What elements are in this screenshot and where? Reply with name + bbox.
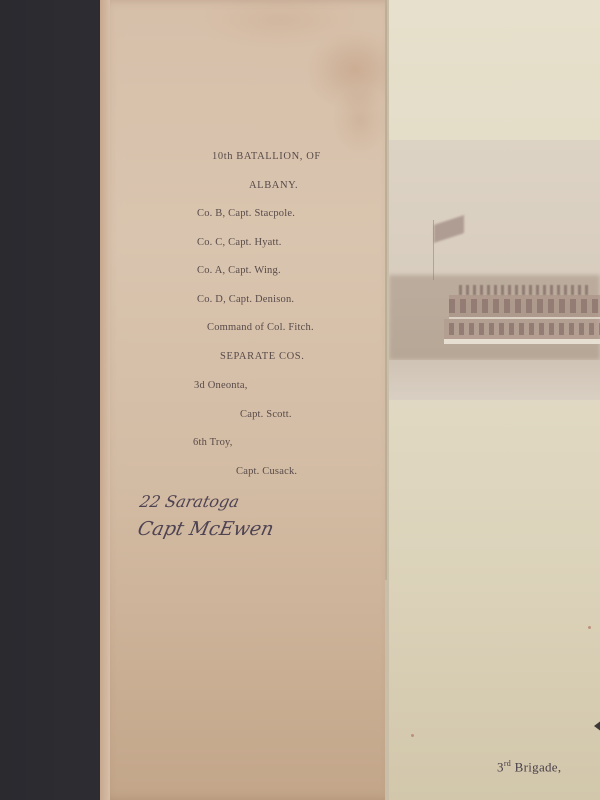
separate-captain: Capt. Scott.	[240, 409, 292, 420]
album-leaf	[100, 0, 385, 800]
leaf-edge	[100, 0, 110, 800]
caption-ordinal: rd	[504, 759, 511, 768]
roster-company: Co. D, Capt. Denison.	[197, 294, 294, 305]
photo-corner-mark	[594, 720, 600, 732]
photo-caption: 3rd Brigade,	[497, 759, 561, 775]
boat-upper-windows	[449, 299, 600, 313]
separate-unit: 3d Oneonta,	[194, 380, 248, 391]
roster-heading-2: ALBANY.	[249, 180, 298, 191]
photo-mount-board	[385, 0, 600, 800]
roster-heading-1: 10th BATALLION, OF	[212, 151, 321, 162]
roster-company: Co. C, Capt. Hyatt.	[197, 237, 282, 248]
handwritten-line-1: 22 Saratoga	[138, 492, 241, 511]
roster-company: Co. A, Capt. Wing.	[197, 265, 281, 276]
foxing-spot	[411, 734, 414, 737]
caption-number: 3	[497, 759, 504, 774]
boat-crowd	[459, 285, 589, 295]
separate-captain: Capt. Cusack.	[236, 466, 297, 477]
mounted-photograph	[389, 140, 600, 400]
separate-unit: 6th Troy,	[193, 437, 233, 448]
photo-water	[389, 360, 600, 400]
roster-company: Co. B, Capt. Stacpole.	[197, 208, 295, 219]
caption-text: Brigade,	[511, 759, 561, 774]
foxing-spot	[588, 626, 591, 629]
steamboat	[449, 285, 600, 355]
roster-command: Command of Col. Fitch.	[207, 322, 314, 333]
boat-lower-windows	[449, 323, 600, 335]
separate-cos-heading: SEPARATE COS.	[220, 351, 304, 362]
handwritten-line-2: Capt McEwen	[136, 518, 276, 540]
